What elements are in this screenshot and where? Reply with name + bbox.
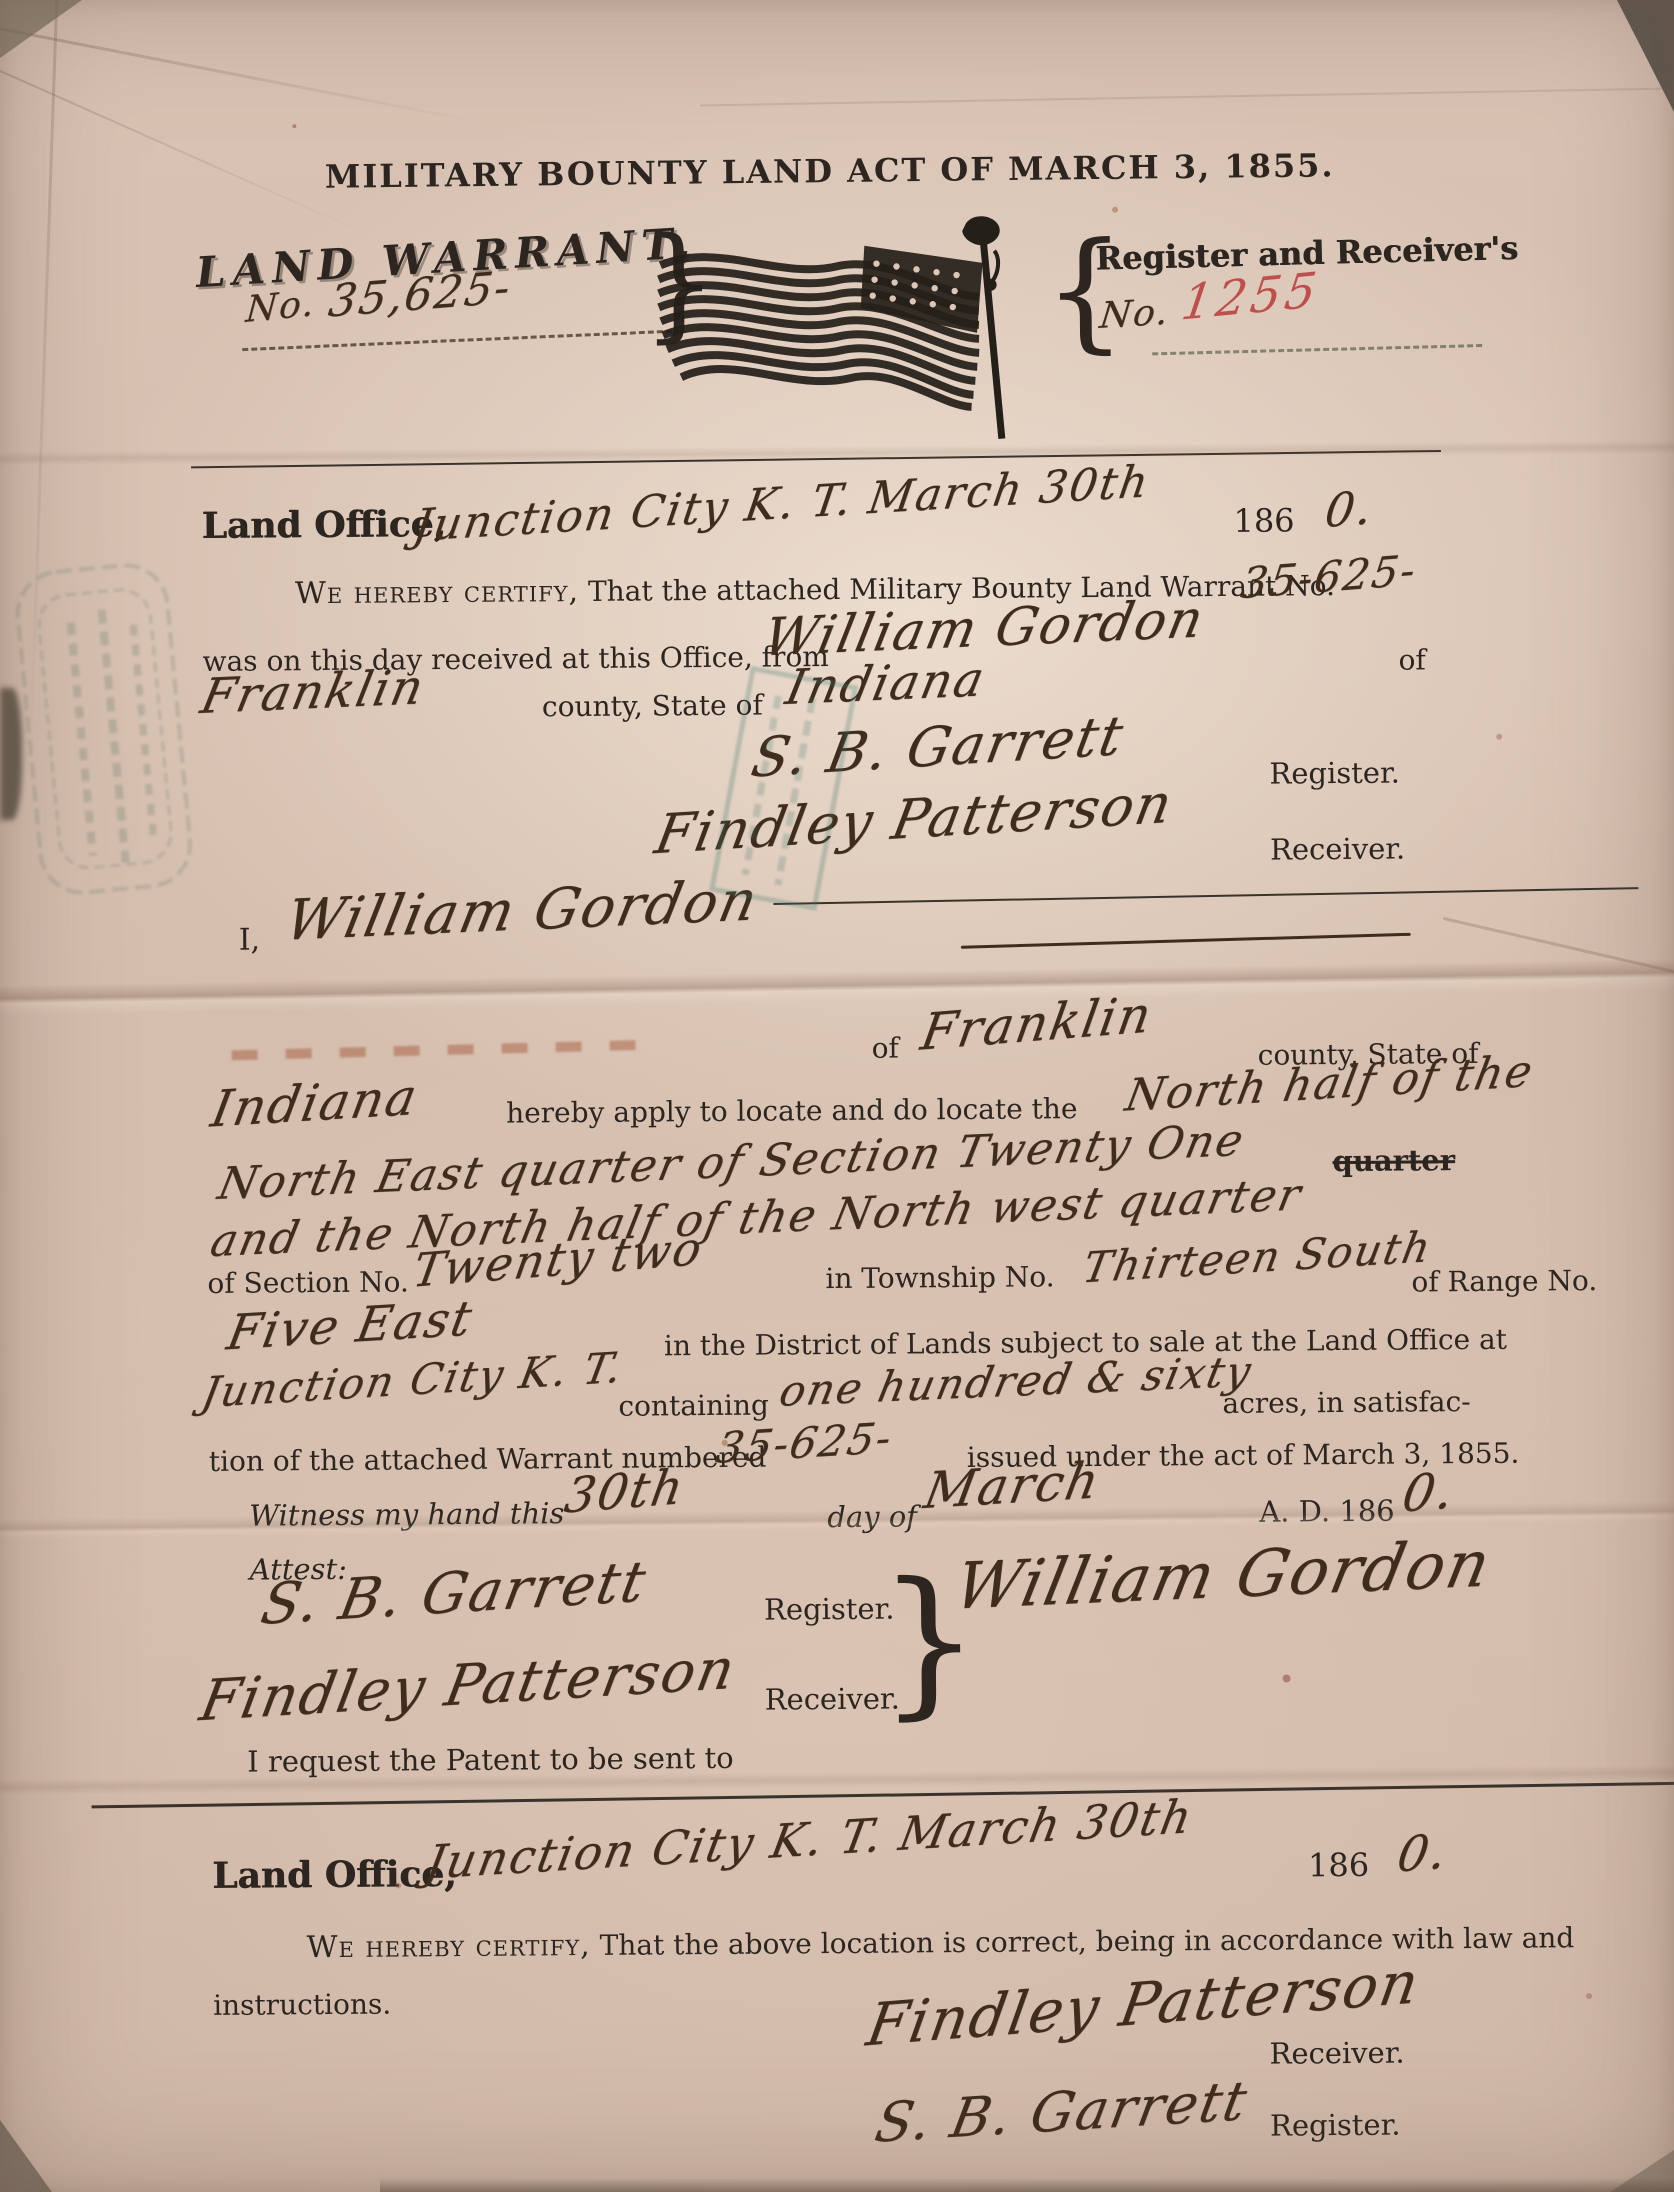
us-flag-engraving-icon — [648, 210, 1040, 448]
range-label: of Range No. — [1411, 1264, 1597, 1298]
paper-specks — [292, 124, 296, 128]
receiver-label-2: Receiver. — [1269, 2036, 1404, 2071]
county-state-label-1: county, State of — [542, 689, 763, 724]
of-section-label: of Section No. — [207, 1265, 409, 1300]
day-of-label: day of — [827, 1499, 917, 1534]
county-handwritten-2: Franklin — [917, 985, 1157, 1062]
township-handwritten: Thirteen South — [1079, 1222, 1436, 1293]
apply-text: hereby apply to locate and do locate the — [506, 1092, 1078, 1129]
applicant-handwritten: William Gordon — [280, 868, 764, 954]
warrant-no-handwritten-2: 35-625- — [712, 1413, 897, 1473]
certify-line-2b: instructions. — [213, 1988, 391, 2022]
i-label: I, — [239, 923, 261, 958]
of-label-1: of — [1398, 643, 1425, 676]
land-office-label-2: Land Office, — [212, 1853, 457, 1897]
warrant-no-handwritten-1: 35-625- — [1238, 545, 1420, 608]
year-printed-1: 186 — [1233, 501, 1294, 539]
embossed-stamp-icon — [3, 550, 210, 910]
range-handwritten: Five East — [223, 1290, 478, 1361]
receiver-signature-1: Findley Patterson — [650, 771, 1178, 866]
county-handwritten-1: Franklin — [196, 659, 430, 725]
year-handwritten-2: 0. — [1398, 1461, 1459, 1524]
ad-label: A. D. 186 — [1259, 1494, 1395, 1529]
certify-lead-2: We hereby certify, — [307, 1928, 591, 1965]
certify-lead-1: We hereby certify, — [295, 574, 579, 611]
certify-rest-2: That the above location is correct, bein… — [591, 1921, 1575, 1962]
containing-label: containing — [618, 1389, 769, 1423]
of-label-2: of — [871, 1032, 898, 1065]
register-label-1: Register. — [1269, 756, 1400, 791]
attest-receiver-signature: Findley Patterson — [195, 1636, 741, 1734]
register-signature-2: S. B. Garrett — [870, 2069, 1253, 2155]
year-handwritten-3: 0. — [1393, 1823, 1452, 1884]
header-divider — [191, 450, 1441, 468]
patent-request-text: I request the Patent to be sent to — [247, 1741, 734, 1779]
land-office-place-date-1: Junction City K. T. March 30th — [410, 456, 1153, 552]
register-label-2: Register. — [1270, 2108, 1401, 2143]
warrant-number-line — [242, 330, 672, 351]
state-handwritten-1: Indiana — [781, 651, 990, 716]
register-receiver-brace: { — [1043, 214, 1127, 367]
day-handwritten: 30th — [560, 1459, 688, 1525]
document-title: MILITARY BOUNTY LAND ACT OF MARCH 3, 185… — [0, 143, 1667, 200]
section-divider-1 — [773, 887, 1638, 905]
year-handwritten-1: 0. — [1322, 480, 1377, 538]
acres-label: acres, in satisfac- — [1222, 1385, 1470, 1420]
land-office-label-1: Land Office, — [201, 503, 446, 547]
document-sheet: MILITARY BOUNTY LAND ACT OF MARCH 3, 185… — [0, 0, 1674, 2192]
land-office-place-date-2: Junction City K. T. March 30th — [421, 1789, 1197, 1890]
struck-word-quarter: quarter — [1332, 1143, 1455, 1178]
witness-label: Witness my hand this — [249, 1496, 564, 1532]
warrant-no-label: No. — [244, 283, 317, 331]
rust-stain — [232, 1040, 642, 1060]
rr-number-line — [1152, 344, 1482, 355]
township-label: in Township No. — [825, 1260, 1054, 1295]
year-printed-2: 186 — [1308, 1846, 1369, 1884]
scanned-document: MILITARY BOUNTY LAND ACT OF MARCH 3, 185… — [0, 0, 1674, 2192]
rr-no-label: No. — [1098, 291, 1173, 337]
state-handwritten-2: Indiana — [207, 1068, 423, 1139]
hw-dash — [961, 933, 1411, 949]
attest-register-label: Register. — [764, 1592, 895, 1627]
month-handwritten: March — [920, 1451, 1106, 1520]
section-divider-2 — [92, 1782, 1674, 1808]
applicant-signature: William Gordon — [948, 1527, 1497, 1625]
receiver-label-1: Receiver. — [1270, 832, 1405, 867]
